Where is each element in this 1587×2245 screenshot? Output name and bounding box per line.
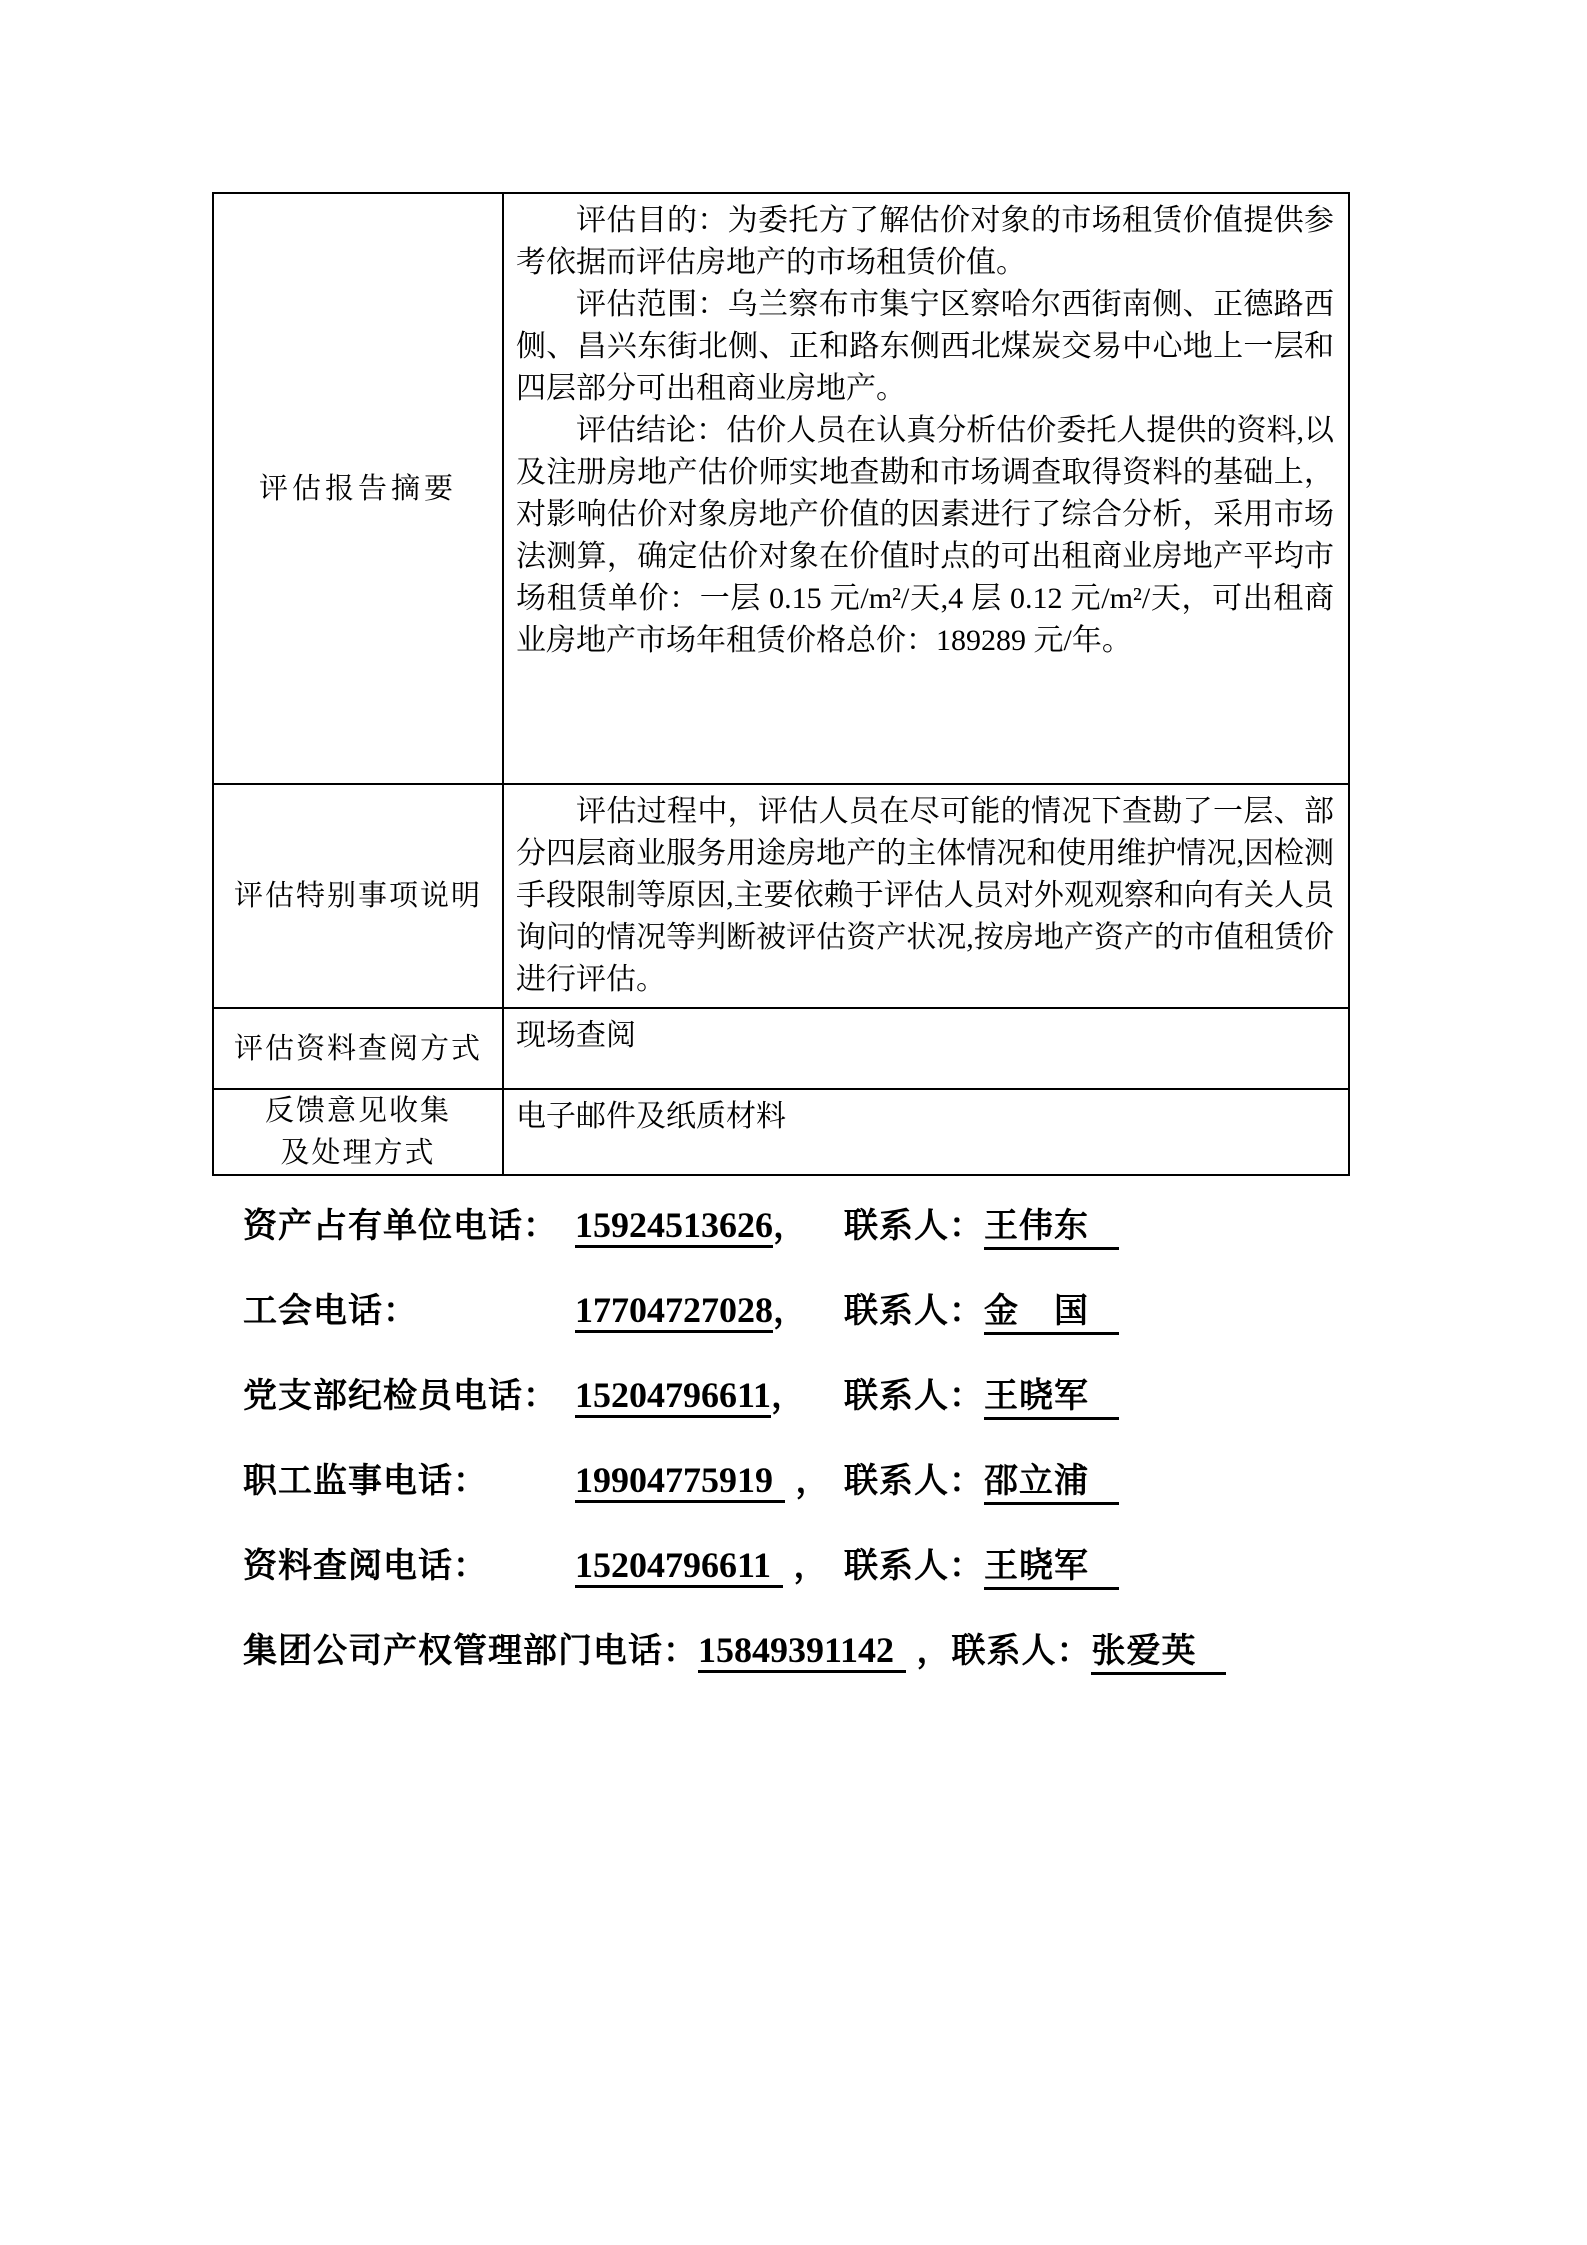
contact-person-label: 联系人： <box>951 1623 1091 1672</box>
row-label-feedback-line1: 反馈意见收集 <box>220 1090 496 1132</box>
contact-person-name: 金 国 <box>984 1283 1119 1335</box>
separator: ， <box>771 1377 806 1415</box>
paragraph-scope: 评估范围：乌兰察布市集宁区察哈尔西街南侧、正德路西侧、昌兴东街北侧、正和路东侧西… <box>516 284 1334 410</box>
paragraph-special-notes: 评估过程中，评估人员在尽可能的情况下查勘了一层、部分四层商业服务用途房地产的主体… <box>516 791 1334 1001</box>
contact-phone-wrap: 15204796611， <box>575 1368 844 1417</box>
contact-person-name: 张爱英 <box>1091 1623 1226 1675</box>
contact-list: 资产占有单位电话： 15924513626， 联系人： 王伟东 工会电话： 17… <box>243 1198 1226 1708</box>
contact-line-material-review: 资料查阅电话： 15204796611 ， 联系人： 王晓军 <box>243 1538 1226 1572</box>
separator: ， <box>785 1462 830 1500</box>
row-content-feedback-method: 电子邮件及纸质材料 <box>503 1089 1349 1175</box>
contact-person-label: 联系人： <box>844 1368 984 1417</box>
table-row-feedback-method: 反馈意见收集 及处理方式 电子邮件及纸质材料 <box>213 1089 1349 1175</box>
contact-line-label: 职工监事电话： <box>243 1453 575 1502</box>
contact-line-label: 资产占有单位电话： <box>243 1198 575 1247</box>
contact-line-label: 党支部纪检员电话： <box>243 1368 575 1417</box>
table-row-material-access: 评估资料查阅方式 现场查阅 <box>213 1008 1349 1089</box>
document-page: 评估报告摘要 评估目的：为委托方了解估价对象的市场租赁价值提供参考依据而评估房地… <box>0 0 1587 2245</box>
phone-number: 15204796611 <box>575 1375 771 1418</box>
contact-phone-wrap: 17704727028， <box>575 1283 844 1332</box>
assessment-summary-table: 评估报告摘要 评估目的：为委托方了解估价对象的市场租赁价值提供参考依据而评估房地… <box>212 192 1350 1176</box>
table-row-special-notes: 评估特别事项说明 评估过程中，评估人员在尽可能的情况下查勘了一层、部分四层商业服… <box>213 784 1349 1008</box>
separator: ， <box>773 1292 808 1330</box>
row-content-special-notes: 评估过程中，评估人员在尽可能的情况下查勘了一层、部分四层商业服务用途房地产的主体… <box>503 784 1349 1008</box>
contact-line-employee-supervisor: 职工监事电话： 19904775919 ， 联系人： 邵立浦 <box>243 1453 1226 1487</box>
contact-line-union: 工会电话： 17704727028， 联系人： 金 国 <box>243 1283 1226 1317</box>
separator: ， <box>906 1632 951 1670</box>
row-content-report-summary: 评估目的：为委托方了解估价对象的市场租赁价值提供参考依据而评估房地产的市场租赁价… <box>503 193 1349 784</box>
contact-line-label: 工会电话： <box>243 1283 575 1332</box>
paragraph-material-access: 现场查阅 <box>516 1015 1334 1057</box>
contact-person-label: 联系人： <box>844 1198 984 1247</box>
contact-phone-wrap: 19904775919 ， <box>575 1453 844 1502</box>
contact-person-name: 王伟东 <box>984 1198 1119 1250</box>
paragraph-purpose: 评估目的：为委托方了解估价对象的市场租赁价值提供参考依据而评估房地产的市场租赁价… <box>516 200 1334 284</box>
contact-person-name: 王晓军 <box>984 1368 1119 1420</box>
row-label-report-summary: 评估报告摘要 <box>213 193 503 784</box>
contact-line-discipline-inspector: 党支部纪检员电话： 15204796611， 联系人： 王晓军 <box>243 1368 1226 1402</box>
paragraph-feedback-method: 电子邮件及纸质材料 <box>516 1096 1334 1138</box>
row-content-material-access: 现场查阅 <box>503 1008 1349 1089</box>
paragraph-conclusion: 评估结论：估价人员在认真分析估价委托人提供的资料,以及注册房地产估价师实地查勘和… <box>516 410 1334 662</box>
row-label-material-access: 评估资料查阅方式 <box>213 1008 503 1089</box>
contact-person-label: 联系人： <box>844 1453 984 1502</box>
contact-phone-wrap: 15849391142 ， <box>698 1623 951 1672</box>
phone-number: 15849391142 <box>698 1630 906 1673</box>
row-label-feedback-method: 反馈意见收集 及处理方式 <box>213 1089 503 1175</box>
contact-phone-wrap: 15924513626， <box>575 1198 844 1247</box>
separator: ， <box>783 1547 828 1585</box>
phone-number: 15204796611 <box>575 1545 783 1588</box>
contact-phone-wrap: 15204796611 ， <box>575 1538 844 1587</box>
contact-line-label: 集团公司产权管理部门电话： <box>243 1623 698 1672</box>
table-row-report-summary: 评估报告摘要 评估目的：为委托方了解估价对象的市场租赁价值提供参考依据而评估房地… <box>213 193 1349 784</box>
row-label-special-notes: 评估特别事项说明 <box>213 784 503 1008</box>
contact-line-label: 资料查阅电话： <box>243 1538 575 1587</box>
contact-line-group-property-dept: 集团公司产权管理部门电话： 15849391142 ， 联系人： 张爱英 <box>243 1623 1226 1657</box>
phone-number: 15924513626 <box>575 1205 773 1248</box>
contact-line-asset-holder: 资产占有单位电话： 15924513626， 联系人： 王伟东 <box>243 1198 1226 1232</box>
phone-number: 17704727028 <box>575 1290 773 1333</box>
contact-person-name: 王晓军 <box>984 1538 1119 1590</box>
phone-number: 19904775919 <box>575 1460 785 1503</box>
contact-person-label: 联系人： <box>844 1283 984 1332</box>
row-label-feedback-line2: 及处理方式 <box>220 1132 496 1174</box>
contact-person-name: 邵立浦 <box>984 1453 1119 1505</box>
contact-person-label: 联系人： <box>844 1538 984 1587</box>
separator: ， <box>773 1207 808 1245</box>
